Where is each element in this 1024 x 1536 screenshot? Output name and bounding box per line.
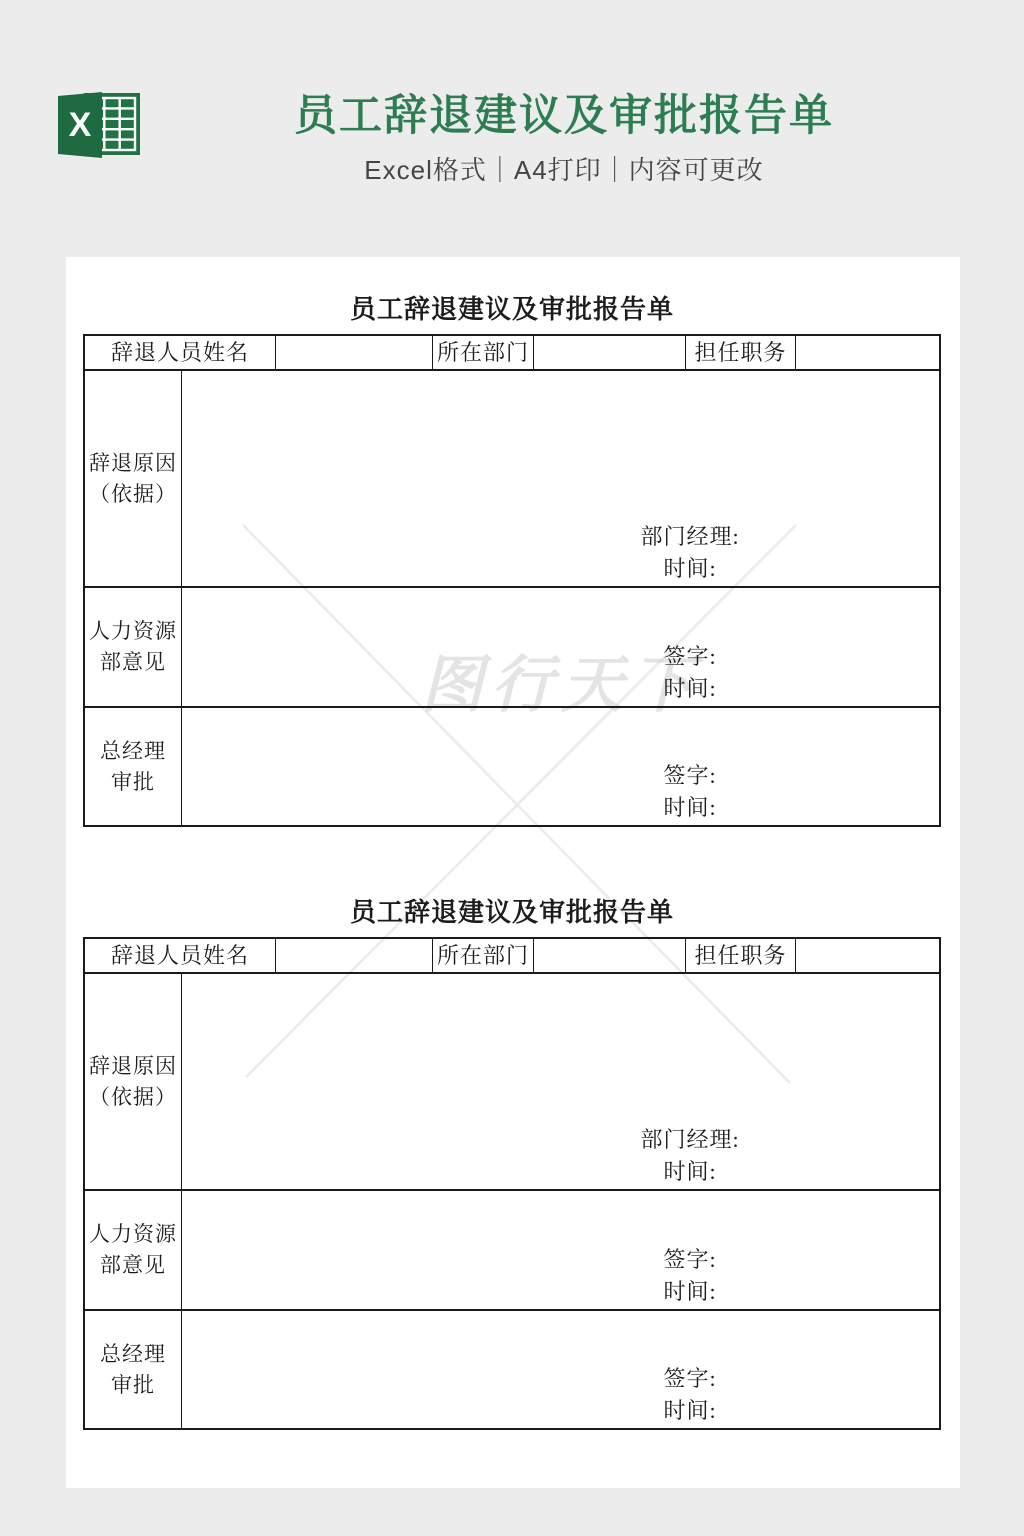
time-label: 时间: — [572, 553, 808, 585]
hr-opinion-label: 人力资源 部意见 — [85, 588, 182, 706]
form-title: 员工辞退建议及审批报告单 — [83, 295, 941, 325]
department-label: 所在部门 — [432, 336, 533, 369]
banner-subtitle: Excel格式｜A4打印｜内容可更改 — [0, 152, 1024, 188]
sign-label: 签字: — [572, 641, 808, 673]
hr-opinion-content-cell[interactable]: 签字: 时间: — [182, 1191, 939, 1309]
manager-sign-label: 部门经理: — [572, 521, 808, 553]
banner-title: 员工辞退建议及审批报告单 — [0, 88, 1024, 144]
dismissal-reason-label: 辞退原因 （依据） — [85, 974, 182, 1189]
gm-approval-label: 总经理 审批 — [85, 1311, 182, 1428]
dismissal-form-2: 员工辞退建议及审批报告单 辞退人员姓名 所在部门 担任职务 辞退原因 （依据） … — [83, 898, 941, 1430]
dismissal-reason-content-cell[interactable]: 部门经理: 时间: — [182, 974, 939, 1189]
dismissal-reason-label: 辞退原因 （依据） — [85, 371, 182, 586]
gm-approval-row: 总经理 审批 签字: 时间: — [85, 706, 939, 825]
position-value-cell[interactable] — [795, 939, 939, 972]
dismissal-form-1: 员工辞退建议及审批报告单 辞退人员姓名 所在部门 担任职务 辞退原因 （依据） … — [83, 295, 941, 827]
manager-signature-block: 部门经理: 时间: — [572, 521, 808, 585]
form-table: 辞退人员姓名 所在部门 担任职务 辞退原因 （依据） 部门经理: 时间: — [83, 937, 941, 1430]
time-label: 时间: — [572, 1395, 808, 1427]
gm-approval-row: 总经理 审批 签字: 时间: — [85, 1309, 939, 1428]
dismissed-name-value-cell[interactable] — [275, 336, 432, 369]
dismissal-reason-content-cell[interactable]: 部门经理: 时间: — [182, 371, 939, 586]
position-label: 担任职务 — [685, 939, 795, 972]
department-label: 所在部门 — [432, 939, 533, 972]
hr-opinion-row: 人力资源 部意见 签字: 时间: — [85, 1189, 939, 1309]
template-preview: { "banner": { "title": "员工辞退建议及审批报告单", "… — [0, 0, 1024, 1536]
document-page: 图行天下 员工辞退建议及审批报告单 辞退人员姓名 所在部门 担任职务 辞退原因 … — [66, 257, 960, 1488]
hr-opinion-row: 人力资源 部意见 签字: 时间: — [85, 586, 939, 706]
sign-label: 签字: — [572, 1363, 808, 1395]
time-label: 时间: — [572, 1276, 808, 1308]
gm-approval-content-cell[interactable]: 签字: 时间: — [182, 1311, 939, 1428]
position-value-cell[interactable] — [795, 336, 939, 369]
time-label: 时间: — [572, 792, 808, 824]
sign-label: 签字: — [572, 760, 808, 792]
table-header-row: 辞退人员姓名 所在部门 担任职务 — [85, 939, 939, 972]
manager-sign-label: 部门经理: — [572, 1124, 808, 1156]
banner: X 员工辞退建议及审批报告单 Excel格式｜A4打印｜内容可更改 — [0, 0, 1024, 257]
department-value-cell[interactable] — [533, 939, 685, 972]
time-label: 时间: — [572, 1156, 808, 1188]
table-header-row: 辞退人员姓名 所在部门 担任职务 — [85, 336, 939, 369]
department-value-cell[interactable] — [533, 336, 685, 369]
hr-signature-block: 签字: 时间: — [572, 641, 808, 705]
dismissed-name-value-cell[interactable] — [275, 939, 432, 972]
time-label: 时间: — [572, 673, 808, 705]
manager-signature-block: 部门经理: 时间: — [572, 1124, 808, 1188]
hr-opinion-content-cell[interactable]: 签字: 时间: — [182, 588, 939, 706]
dismissal-reason-row: 辞退原因 （依据） 部门经理: 时间: — [85, 972, 939, 1189]
gm-approval-content-cell[interactable]: 签字: 时间: — [182, 708, 939, 825]
position-label: 担任职务 — [685, 336, 795, 369]
form-table: 辞退人员姓名 所在部门 担任职务 辞退原因 （依据） 部门经理: 时间: — [83, 334, 941, 827]
sign-label: 签字: — [572, 1244, 808, 1276]
hr-signature-block: 签字: 时间: — [572, 1244, 808, 1308]
gm-signature-block: 签字: 时间: — [572, 1363, 808, 1427]
dismissed-name-label: 辞退人员姓名 — [85, 336, 275, 369]
form-title: 员工辞退建议及审批报告单 — [83, 898, 941, 928]
gm-approval-label: 总经理 审批 — [85, 708, 182, 825]
dismissed-name-label: 辞退人员姓名 — [85, 939, 275, 972]
hr-opinion-label: 人力资源 部意见 — [85, 1191, 182, 1309]
gm-signature-block: 签字: 时间: — [572, 760, 808, 824]
dismissal-reason-row: 辞退原因 （依据） 部门经理: 时间: — [85, 369, 939, 586]
